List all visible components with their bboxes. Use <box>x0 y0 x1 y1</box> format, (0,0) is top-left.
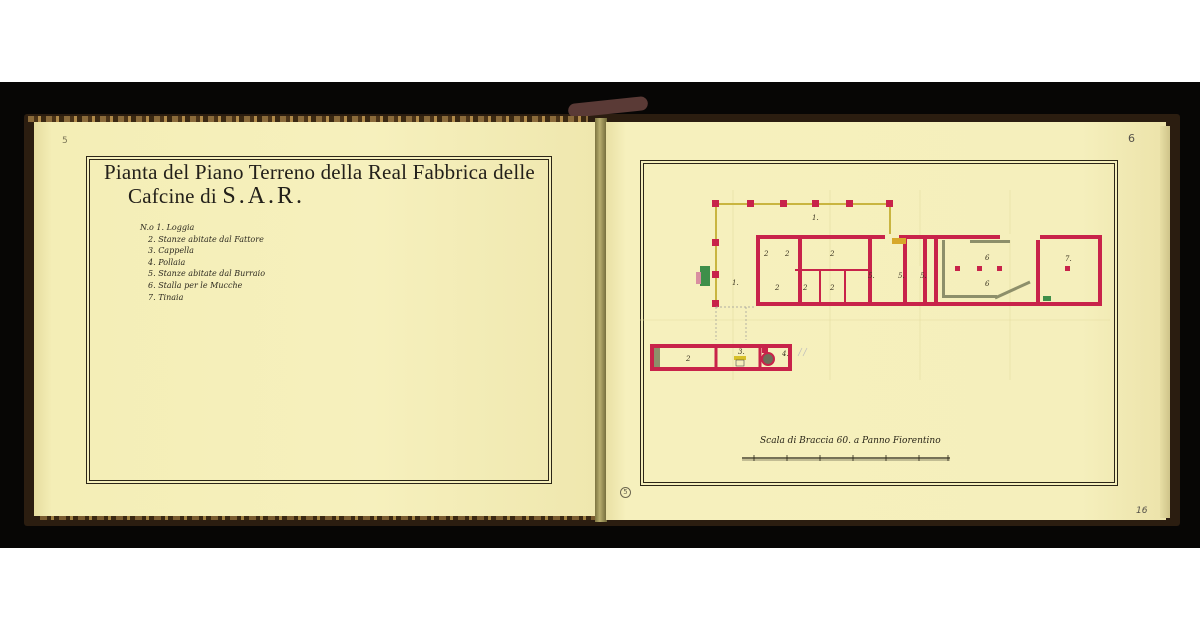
svg-text:5.: 5. <box>868 272 875 280</box>
legend-item: 3. Cappella <box>140 245 265 257</box>
legend-item: 7. Tinaia <box>140 292 265 304</box>
svg-text:1.: 1. <box>732 279 739 287</box>
svg-text:6: 6 <box>985 254 990 262</box>
title-line-1: Pianta del Piano Terreno della Real Fabb… <box>104 160 535 184</box>
svg-text:2: 2 <box>829 284 835 292</box>
annex-building: 23.4. <box>652 346 807 369</box>
svg-text:2: 2 <box>763 250 769 258</box>
svg-text:2: 2 <box>774 284 780 292</box>
folio-corner-number: 16 <box>1136 506 1147 516</box>
legend-item: 5. Stanze abitate dal Burraio <box>140 268 265 280</box>
svg-text:2: 2 <box>829 250 835 258</box>
title-emphasis: S.A.R. <box>222 183 305 209</box>
svg-text:5.: 5. <box>920 272 927 280</box>
plan-legend: N.o 1. Loggia 2. Stanze abitate dal Fatt… <box>140 222 265 303</box>
svg-text:2: 2 <box>784 250 790 258</box>
page-edges <box>1160 126 1170 518</box>
right-page-number: 6 <box>1128 132 1135 145</box>
svg-text:1.: 1. <box>812 214 819 222</box>
svg-text:6: 6 <box>985 280 990 288</box>
legend-item: 6. Stalla per le Mucche <box>140 280 265 292</box>
svg-text:3.: 3. <box>738 348 745 356</box>
svg-text:5.: 5. <box>898 272 905 280</box>
legend-item: 4. Pollaia <box>140 257 265 269</box>
scale-label: Scala di Braccia 60. a Panno Fiorentino <box>760 436 941 446</box>
scale-bar <box>742 452 952 464</box>
folio-stamp: 5 <box>620 487 631 498</box>
svg-text:2: 2 <box>802 284 808 292</box>
legend-item: 2. Stanze abitate dal Fattore <box>140 234 265 246</box>
title-line-2: Cafcine di S.A.R. <box>104 184 544 208</box>
legend-item: N.o 1. Loggia <box>140 222 265 234</box>
left-page-number: 5 <box>62 136 68 146</box>
floor-plan: 1. 1. 222 222 5.5.5. 66 7. 23.4. <box>640 190 1120 390</box>
svg-text:2: 2 <box>685 355 691 363</box>
svg-text:4.: 4. <box>781 350 789 358</box>
plan-title: Pianta del Piano Terreno della Real Fabb… <box>104 160 544 208</box>
svg-text:7.: 7. <box>1065 255 1072 263</box>
